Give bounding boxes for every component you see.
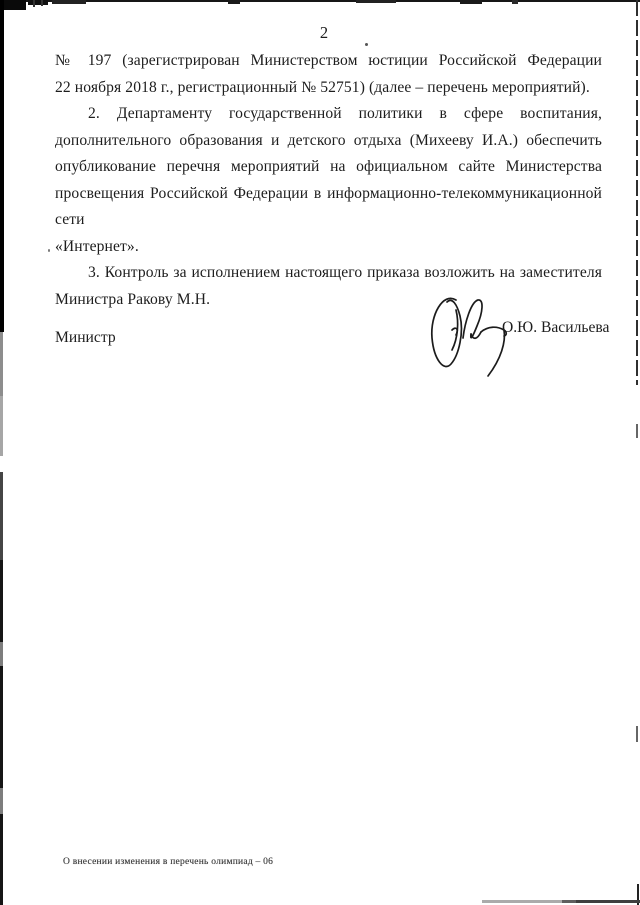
handwritten-signature-icon (425, 290, 515, 385)
scan-artifact (33, 0, 35, 7)
scanned-document-page: 2 № 197 (зарегистрирован Министерством ю… (0, 0, 640, 905)
scan-edge-bottom (562, 900, 576, 903)
minister-title-label: Министр (55, 329, 116, 347)
scan-artifact (356, 0, 396, 3)
scan-speck (365, 43, 368, 46)
text-line: 3. Контроль за исполнением настоящего пр… (55, 260, 602, 287)
scan-edge-left (0, 0, 4, 332)
text-line: № 197 (зарегистрирован Министерством юст… (55, 48, 602, 75)
paragraph-item-3: 3. Контроль за исполнением настоящего пр… (55, 260, 602, 313)
scan-edge-right (636, 0, 638, 385)
scan-artifact (41, 0, 43, 6)
scan-edge-top (0, 0, 640, 2)
text-line: «Интернет». (55, 234, 602, 261)
paragraph-continuation: № 197 (зарегистрирован Министерством юст… (55, 48, 602, 101)
scan-edge-right (636, 424, 638, 438)
scan-speck (48, 249, 50, 252)
scan-artifact (460, 0, 482, 4)
footer-reference: О внесении изменения в перечень олимпиад… (63, 857, 273, 867)
scan-edge-bottom (576, 900, 640, 903)
scan-edge-left (0, 396, 3, 456)
scan-edge-left (0, 788, 3, 814)
text-line: дополнительного образования и детского о… (55, 128, 602, 155)
text-line: просвещения Российской Федерации в инфор… (55, 181, 602, 234)
scan-artifact (228, 0, 240, 4)
text-line: опубликование перечня мероприятий на офи… (55, 154, 602, 181)
page-number: 2 (0, 23, 640, 43)
paragraph-item-2: 2. Департаменту государственной политики… (55, 101, 602, 260)
scan-edge-bottom (482, 900, 562, 903)
scan-edge-left (0, 642, 3, 666)
scan-artifact (52, 0, 86, 4)
scan-artifact (512, 0, 518, 4)
text-line: Министра Ракову М.Н. (55, 287, 602, 314)
signatory-name: О.Ю. Васильева (502, 319, 609, 337)
text-line: 2. Департаменту государственной политики… (55, 101, 602, 128)
scan-edge-left (0, 472, 3, 560)
document-body: № 197 (зарегистрирован Министерством юст… (55, 48, 602, 313)
scan-edge-left (0, 560, 3, 905)
text-line: 22 ноября 2018 г., регистрационный № 527… (55, 75, 602, 102)
scan-edge-left (0, 332, 3, 396)
scan-edge-right (636, 726, 638, 742)
scan-artifact (28, 0, 48, 5)
